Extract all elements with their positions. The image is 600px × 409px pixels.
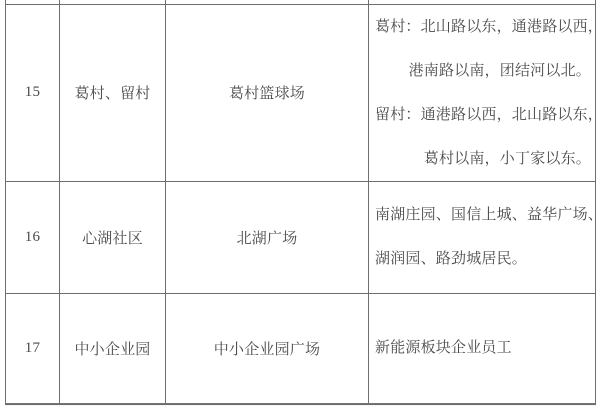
cell-row-number: 17 xyxy=(6,293,60,404)
table-row-17: 17 中小企业园 中小企业园广场 新能源板块企业员工 xyxy=(6,293,596,404)
cell-row-number: 16 xyxy=(6,181,60,293)
cell-venue: 北湖广场 xyxy=(166,181,369,293)
scope-line: 湖润园、路劲城居民。 xyxy=(375,237,591,281)
scope-line: 葛村：北山路以东，通港路以西， xyxy=(375,5,591,49)
scope-line: 葛村以南，小丁家以东。 xyxy=(375,137,591,181)
table-row-15: 15 葛村、留村 葛村篮球场 葛村：北山路以东，通港路以西， 港南路以南，团结河… xyxy=(6,4,596,181)
scope-line: 新能源板块企业员工 xyxy=(375,326,591,370)
document-page: 15 葛村、留村 葛村篮球场 葛村：北山路以东，通港路以西， 港南路以南，团结河… xyxy=(0,0,600,409)
table-row-16: 16 心湖社区 北湖广场 南湖庄园、国信上城、益华广场、 湖润园、路劲城居民。 xyxy=(6,181,596,293)
scope-line: 港南路以南，团结河以北。 xyxy=(375,49,591,93)
cell-community: 心湖社区 xyxy=(60,181,166,293)
cell-venue: 葛村篮球场 xyxy=(166,4,369,181)
venue-table: 15 葛村、留村 葛村篮球场 葛村：北山路以东，通港路以西， 港南路以南，团结河… xyxy=(5,0,596,405)
scope-line: 南湖庄园、国信上城、益华广场、 xyxy=(375,193,591,237)
cell-scope: 葛村：北山路以东，通港路以西， 港南路以南，团结河以北。 留村：通港路以西，北山… xyxy=(369,4,596,181)
cell-row-number: 15 xyxy=(6,4,60,181)
scope-line: 留村：通港路以西，北山路以东， xyxy=(375,93,591,137)
cell-scope: 南湖庄园、国信上城、益华广场、 湖润园、路劲城居民。 xyxy=(369,181,596,293)
cell-community: 中小企业园 xyxy=(60,293,166,404)
cell-community: 葛村、留村 xyxy=(60,4,166,181)
cell-venue: 中小企业园广场 xyxy=(166,293,369,404)
cell-scope: 新能源板块企业员工 xyxy=(369,293,596,404)
